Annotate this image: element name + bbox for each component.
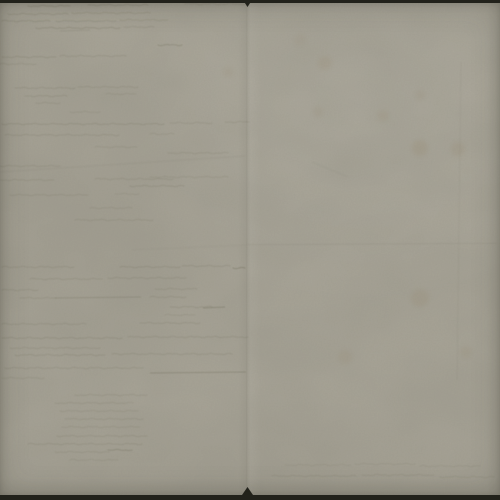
scanned-letter-photo	[0, 0, 500, 500]
paper-grain-texture	[0, 3, 500, 495]
bleedthrough-and-texture-overlay	[0, 0, 500, 500]
